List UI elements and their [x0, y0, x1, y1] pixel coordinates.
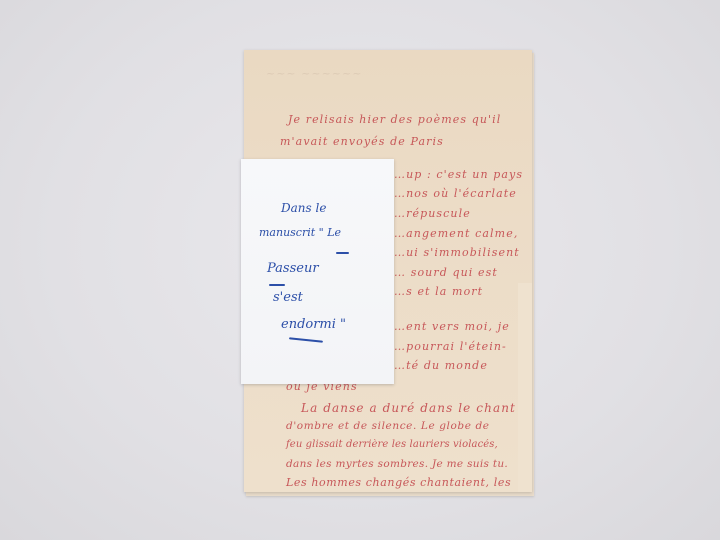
manuscript-line: feu glissait derrière les lauriers viola…: [286, 439, 498, 450]
manuscript-line: …répuscule: [394, 207, 471, 220]
manuscript-line: …nos où l'écarlate: [394, 187, 517, 200]
note-line: s'est: [273, 290, 303, 305]
manuscript-line: m'avait envoyés de Paris: [280, 135, 444, 148]
manuscript-line: …té du monde: [394, 359, 488, 372]
sheet-edge: [518, 283, 532, 492]
note-line: Passeur: [267, 261, 319, 276]
manuscript-line: …ui s'immobilisent: [394, 246, 520, 259]
manuscript-line: … sourd qui est: [394, 266, 498, 279]
note-line: manuscrit " Le: [259, 226, 341, 239]
manuscript-line: …pourrai l'étein-: [394, 340, 507, 353]
manuscript-line: La danse a duré dans le chant: [301, 401, 516, 415]
manuscript-line: …s et la mort: [394, 285, 483, 298]
manuscript-line: …up : c'est un pays: [394, 168, 523, 181]
manuscript-line: dans les myrtes sombres. Je me suis tu.: [286, 458, 508, 470]
note-line: Dans le: [281, 201, 326, 215]
underline-mark: [289, 337, 323, 342]
underline-mark: [336, 252, 349, 254]
show-through-text: ~~~ ~~~~~~: [266, 67, 362, 80]
underline-mark: [269, 284, 285, 286]
manuscript-line: …angement calme,: [394, 227, 518, 240]
manuscript-line: d'ombre et de silence. Le globe de: [286, 420, 490, 432]
manuscript-line: Les hommes changés chantaient, les: [286, 476, 511, 489]
note-line: endormi ": [281, 317, 346, 332]
manuscript-line: Je relisais hier des poèmes qu'il: [288, 113, 501, 126]
manuscript-line: …ent vers moi, je: [394, 320, 510, 333]
note-card: Dans le manuscrit " Le Passeur s'est end…: [241, 159, 394, 384]
